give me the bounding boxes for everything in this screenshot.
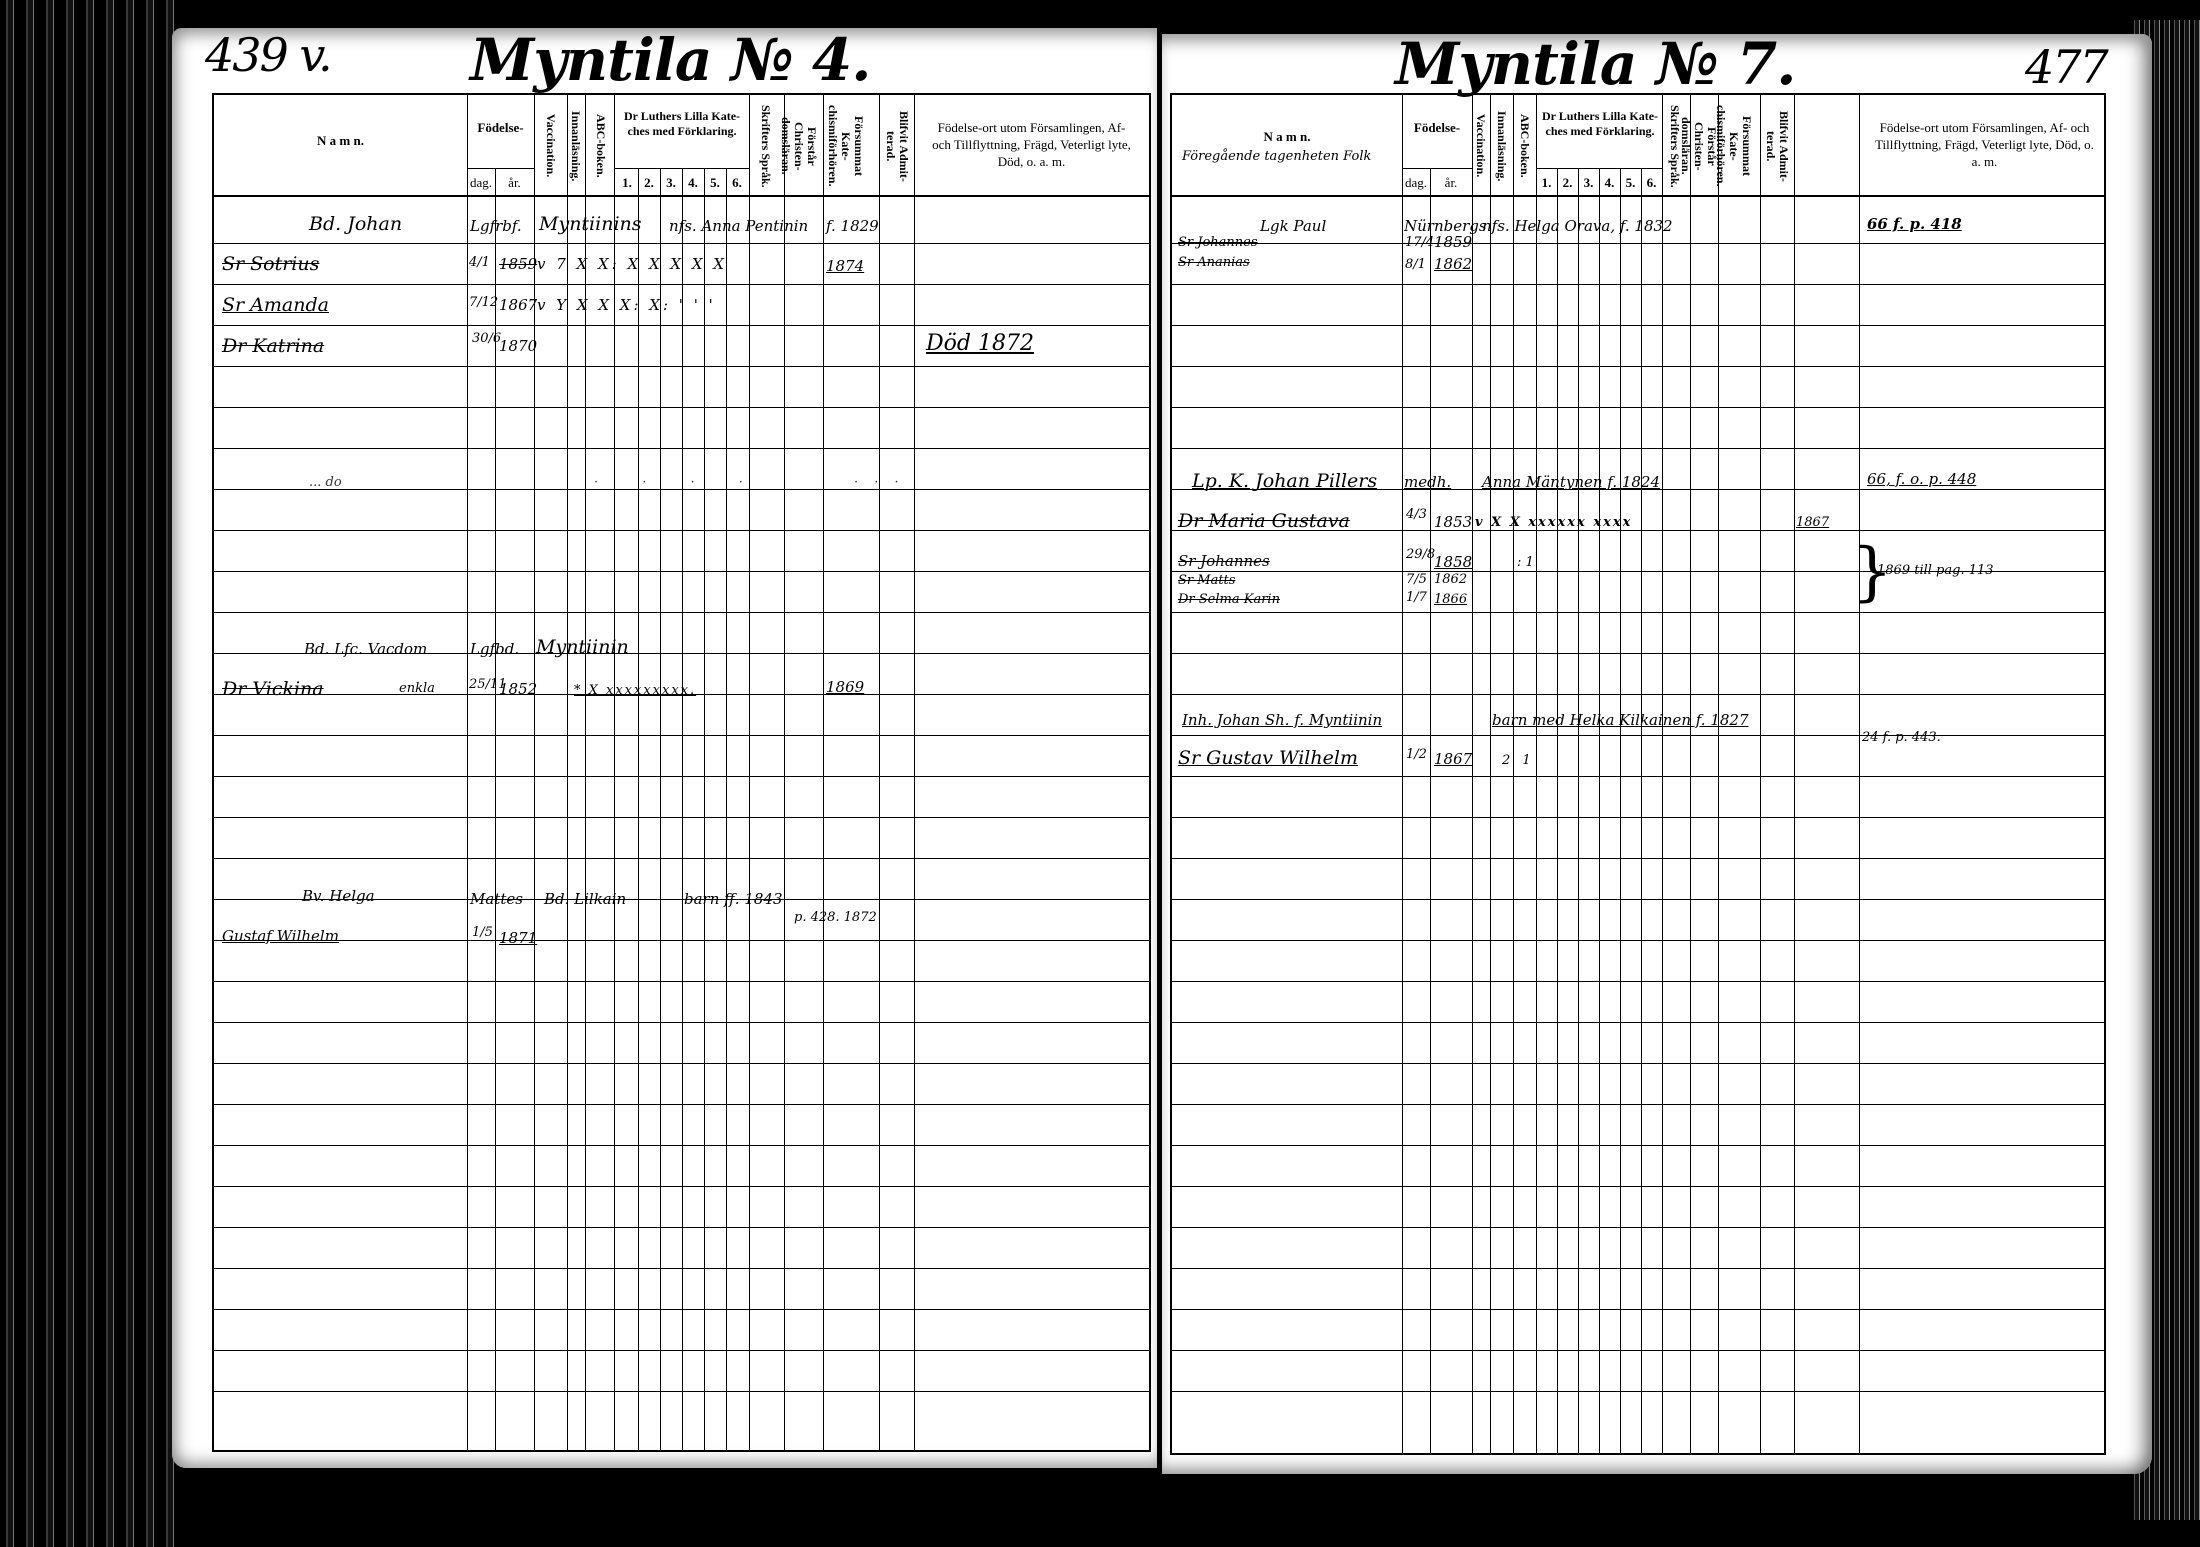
entry-name: Bv. Helga [302, 887, 375, 905]
header-fodelse: Födelse- [467, 120, 534, 135]
entry-fodelse: Lgfbd. [470, 640, 519, 658]
entry-dag: 7/5 [1406, 572, 1427, 587]
entry-name: Dr Maria Gustava [1178, 510, 1350, 532]
header-kat-3: 3. [1578, 175, 1599, 190]
entry-name: Sr Johannes [1178, 552, 1270, 570]
entry-dag: 7/12 [469, 295, 498, 310]
header-abc: ABC-boken. [1518, 101, 1531, 191]
entry-ar: 1859 [1434, 233, 1472, 251]
entry-name: Dr Katrina [222, 335, 324, 357]
entry-name: ... do [309, 475, 342, 490]
header-forsummat: Försummat Kate-chismiförhören. [1727, 101, 1753, 191]
header-namn: N a m n. [214, 133, 467, 148]
entry-name: Sr Amanda [222, 294, 329, 316]
header-kat-6: 6. [726, 175, 748, 190]
header-vaccination: Vaccination. [544, 101, 557, 191]
entry-name: Inh. Johan Sh. f. Myntiinin [1182, 711, 1382, 729]
entry-name: Gustaf Wilhelm [222, 927, 339, 945]
entry-ar: 1862 [1434, 572, 1467, 587]
header-fodelse: Födelse- [1402, 120, 1472, 135]
entry-note: · · · [854, 475, 905, 490]
entry-dag: 29/8 [1406, 547, 1435, 562]
entry-ar: 1870 [499, 337, 537, 355]
header-kat-5: 5. [1620, 175, 1641, 190]
header-kat-1: 1. [616, 175, 638, 190]
entry-dag: 8/1 [1405, 257, 1426, 272]
header-kat-5: 5. [704, 175, 726, 190]
header-dag: dag. [1402, 175, 1430, 190]
entry-cols: Myntiinin [536, 636, 629, 658]
book-binding-left [0, 0, 180, 1547]
entry-blifvit: f. 1829 [826, 217, 879, 235]
entry-name: Bd. Johan [309, 213, 402, 235]
entry-dag: 1/2 [1406, 747, 1427, 762]
header-kat-4: 4. [1599, 175, 1620, 190]
entry-cols: Bd. Lilkain [544, 890, 626, 908]
entry-dag: 30/6 [472, 331, 501, 346]
right-village-heading: Myntila № 7. [1395, 30, 1796, 98]
entry-dag: 4/1 [469, 255, 490, 270]
header-blifvit: Blifvit Admit-terad. [884, 101, 910, 191]
entry-marks: 2 1 [1502, 753, 1535, 768]
entry-cols: nfs. Helga Orava, f. 1832 [1482, 217, 1673, 235]
entry-note: 24 f. p. 443. [1862, 730, 1941, 745]
entry-mid: enkla [399, 681, 435, 696]
header-kat-2: 2. [1557, 175, 1578, 190]
entry-ar: 1871 [499, 929, 537, 947]
header-forstar: Förstår Christen-domsläran. [792, 101, 818, 191]
entry-note: 66, f. o. p. 448 [1867, 470, 1976, 488]
header-fodelseort: Födelse-ort utom Församlingen, Af- och T… [929, 119, 1134, 170]
header-innanlasning: Innanläsning. [1495, 101, 1508, 191]
header-forsummat: Försummat Kate-chismiförhören. [839, 101, 865, 191]
header-dag: dag. [467, 175, 495, 190]
entry-marks: · · · · [594, 475, 763, 490]
entry-name: Dr Selma Karin [1178, 592, 1280, 607]
entry-ar: 1867 [499, 296, 537, 314]
entry-name: Sr Johannes [1178, 235, 1258, 250]
header-ar: år. [1430, 175, 1472, 190]
header-kat-2: 2. [638, 175, 660, 190]
entry-ar: 1858 [1434, 553, 1472, 571]
entry-name: Sr Sotrius [222, 253, 319, 275]
header-innanlasning: Innanläsning. [569, 101, 582, 191]
header-kat-3: 3. [660, 175, 682, 190]
entry-ar: 1853 [1434, 513, 1472, 531]
entry-cols: Anna Mäntynen f. 1824 [1482, 473, 1660, 491]
entry-cols: Myntiinins [539, 213, 642, 235]
header-ar: år. [495, 175, 534, 190]
entry-name: Lp. K. Johan Pillers [1192, 470, 1377, 492]
entry-dag: 4/3 [1406, 507, 1427, 522]
header-katekes: Dr Luthers Lilla Kate-ches med Förklarin… [616, 109, 748, 139]
entry-marks: v Y X X X: X: ' ' ' [537, 296, 716, 314]
entry-blifvit: 1867 [1796, 515, 1829, 530]
entry-extra: nfs. Anna Pentinin [669, 217, 808, 235]
entry-name: Dr Vickina [222, 678, 324, 700]
left-register-table: N a m n. Födelse- dag. år. Vaccination. … [212, 93, 1151, 1452]
entry-ar: 1862 [1434, 255, 1472, 273]
header-skrifters: Skrifters Språk. [759, 101, 772, 191]
entry-ar: 1867 [1434, 750, 1472, 768]
entry-dag: 17/4 [1405, 235, 1434, 250]
entry-marks: : 1 [1517, 555, 1534, 570]
header-kat-1: 1. [1536, 175, 1557, 190]
entry-name: Bd. Lfc. Vacdom [304, 640, 427, 658]
left-page-number: 439 v. [205, 28, 331, 82]
header-kat-4: 4. [682, 175, 704, 190]
entry-marks: v X X xxxxxx xxxx [1475, 515, 1632, 530]
header-katekes: Dr Luthers Lilla Kate-ches med Förklarin… [1538, 109, 1662, 139]
entry-cols: barn med Helka Kilkainen f. 1827 [1492, 711, 1749, 729]
left-village-heading: Myntila № 4. [470, 26, 871, 94]
entry-blifvit: 1869 [826, 678, 864, 696]
entry-ar: 1866 [1434, 592, 1467, 607]
header-abc: ABC-boken. [594, 101, 607, 191]
header-kat-6: 6. [1641, 175, 1662, 190]
entry-note: 66 f. p. 418 [1867, 215, 1962, 233]
header-namn-note: Föregående tagenheten Folk [1182, 149, 1371, 164]
entry-ar: 1859 [499, 255, 537, 273]
entry-dag: 1/5 [472, 925, 493, 940]
entry-marks: * X xxxxxxxxx. [574, 683, 696, 698]
entry-fodelse: medh. [1404, 473, 1451, 491]
header-blifvit: Blifvit Admit-terad. [1764, 101, 1790, 191]
entry-note: Död 1872 [926, 331, 1034, 356]
entry-fodelse: Mattes [470, 890, 523, 908]
right-page-number: 477 [2025, 40, 2107, 94]
header-vaccination: Vaccination. [1474, 101, 1487, 191]
entry-dag: 1/7 [1406, 590, 1427, 605]
right-register-table: N a m n. Föregående tagenheten Folk Föde… [1170, 93, 2106, 1455]
entry-fodelse: Lgfrbf. [470, 217, 522, 235]
bracket-note: 1869 till pag. 113 [1877, 563, 1994, 578]
entry-marks: v 7 X X: X X X X X [537, 255, 727, 273]
entry-name: Sr Matts [1178, 573, 1235, 588]
entry-blifvit: 1874 [826, 257, 864, 275]
entry-extra: barn ff. 1843 [684, 890, 782, 908]
entry-ar: 1852 [499, 680, 537, 698]
entry-name: Lgk Paul [1260, 217, 1326, 235]
entry-note: p. 428. 1872 [794, 910, 877, 925]
entry-name: Sr Gustav Wilhelm [1178, 747, 1358, 769]
header-namn: N a m n. [1172, 129, 1402, 144]
entry-name: Sr Ananias [1178, 255, 1250, 270]
header-fodelseort: Födelse-ort utom Församlingen, Af- och T… [1872, 119, 2097, 170]
